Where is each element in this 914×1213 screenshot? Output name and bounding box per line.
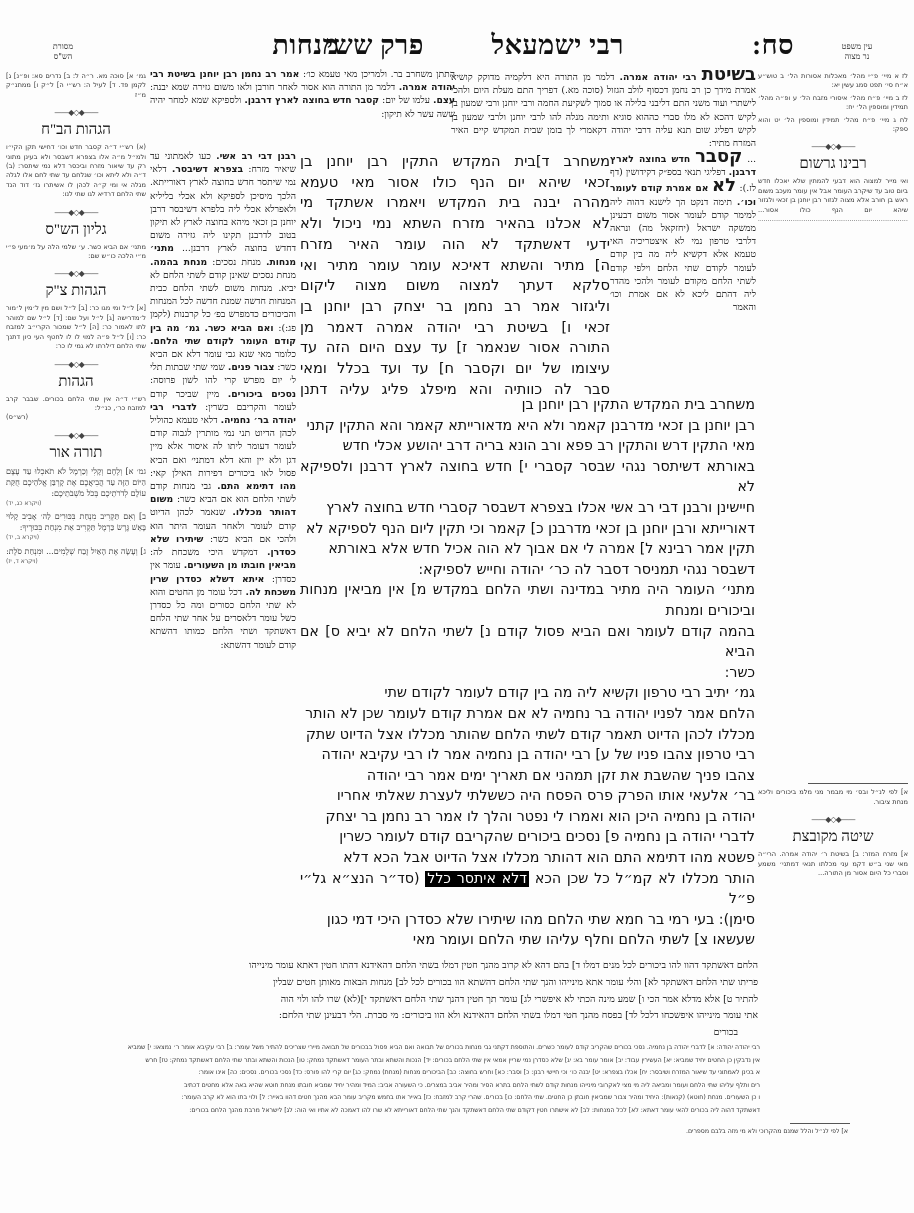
footnote-rule	[808, 783, 908, 784]
gemara-text: הותר מכללו לא קמ״ל כל שכן הכא	[535, 871, 755, 887]
tosafot-lo-word: לא	[712, 175, 736, 196]
rashi-column: התתן משחרב בר. ולמריכן מאי טעמא כו׳: אמר…	[150, 68, 455, 150]
rashi-dibur: קסבר חדש בחוצה לארץ דרבנן.	[244, 95, 379, 106]
gemara-line: סימן): בעי רמי בר חמא שתי הלחם מהו שיתיר…	[300, 910, 755, 931]
gemara-line-with-highlight: הותר מכללו לא קמ״ל כל שכן הכא דלא איתסר …	[300, 869, 755, 910]
footnote-line: ו כן השעורים. מנחת (חוטא) (קנאות): היחיד…	[100, 1092, 760, 1105]
rabbeinu-gershom-title: רבינו גרשום	[758, 154, 908, 174]
gemara-line: משחרב ד]בית המקדש התקין רבן יוחנן בן	[300, 152, 610, 173]
torah-ohr-source: (ויקרא כג, יד)	[6, 499, 146, 508]
commentary-line: פריתו שתי הלחם דאשתקד לא] והלי עומר אתא …	[150, 975, 758, 992]
gilyon-text: מתני׳ אם הביא כשר. ע׳ שלמי הלה על מ׳מעי …	[6, 243, 146, 262]
footnote-line: רים ותלף עליהו שתי הלחם ועומר ומביאה ליה…	[100, 1080, 760, 1093]
rashi-dibur: מתני׳	[150, 243, 174, 254]
gemara-line: זכאי ו] בשיטת רבי יהודה אמרה דאמר מן	[300, 318, 610, 339]
highlighted-phrase[interactable]: דלא איתסר כלל	[425, 871, 529, 887]
bottom-commentary: הלחם דאשתקד דהוו להו ביכורים לכל מנים דמ…	[150, 958, 758, 1036]
rashi-column-continued: רבנן דבי רב אשי. כעו לאמתוני עד שיאיר מז…	[150, 150, 296, 958]
ein-mishpat-entry: לח ג מיי׳ פ״ח מהל׳ תמידין ומוספין הל׳ יט…	[758, 116, 908, 135]
tosafot-text-cont: ...	[747, 154, 756, 165]
gemara-line: ידעי דאשתקד לא הוה עומר האיר מזרח	[300, 235, 610, 256]
tosafot-kasavar-word: קסבר	[695, 150, 742, 167]
hagahot-title: הגהות	[6, 372, 146, 392]
gershom-footnote: א] לפי לנ״ל ובס׳ מי מבמר מני מלמ ביכורים…	[758, 788, 908, 807]
ein-mishpat-entry: לז א מיי׳ פ״י מהל׳ מאכלות אסורות הל׳ ב ט…	[758, 72, 908, 91]
gemara-line: גמ׳ יתיב רבי טרפון וקשיא ליה מה בין קודם…	[300, 683, 755, 704]
mishnah-line: בהמה קודם לעומר ואם הביא פסול קודם נ] לש…	[300, 622, 755, 663]
ein-mishpat-column: לז א מיי׳ פ״י מהל׳ מאכלות אסורות הל׳ ב ט…	[758, 72, 908, 1082]
ornament-divider: ——◆◇◆——	[6, 269, 146, 279]
rashi-text: דלאי נמי שיתסר חדש בחוצה לארץ דאורייתא. …	[150, 164, 296, 254]
ornament-divider: ——◆◇◆——	[6, 360, 146, 370]
rashi-dibur: רבנן דבי רב אשי.	[216, 151, 296, 162]
gemara-line: רבן יוחנן בן זכאי מדרבנן קאמר ולא היא מד…	[300, 416, 755, 437]
rashi-dibur: עצם.	[433, 95, 455, 106]
rashi-dibur: מנחות.	[266, 257, 296, 268]
ornament-divider: ——◆◇◆——	[758, 815, 908, 825]
commentary-line: הלחם דאשתקד דהוו להו ביכורים לכל מנים דמ…	[150, 958, 758, 975]
ornament-divider: ——◆◇◆——	[6, 208, 146, 218]
tosafot-lo-text: תימה דנקט הך לישנא דהוה ליה למימר קודם ל…	[610, 197, 756, 314]
commentary-line: אתי עומר מינייהו איפשכחו דלכל לד] בפסח מ…	[150, 1008, 758, 1025]
tractate-name: מנחות	[272, 30, 339, 61]
torah-ohr-verse: ג] וְעָשָׂה אֶת הָאַיִל זֶבַח שְׁלָמִים.…	[6, 546, 146, 557]
masoret-header: מסורת הש"ס	[38, 42, 88, 62]
hashas-label: הש"ס	[38, 52, 88, 62]
gemara-line: צהבו פניך שהשבת את זקן תמהני אם תאריך ימ…	[300, 766, 755, 787]
footnote-line: רבי יהודה יהודה: א] לדברי יהודה בן נחמיה…	[100, 1042, 760, 1055]
perek-label: פרק ששי	[326, 30, 424, 61]
gemara-line: רבי טרפון צהבו פניו של ע] רבי יהודה בן נ…	[300, 745, 755, 766]
tosafot-text: דלמר מן התורה היא דלקמיה מדוקק קושיא אמר…	[451, 72, 756, 149]
gemara-line: משחרב בית המקדש התקין רבן יוחנן בן	[300, 395, 755, 416]
torah-ohr-verse: ב] וְאִם תַּקְרִיב מִנְחַת בִּכּוּרִים ל…	[6, 511, 146, 533]
mishnah-line: כשר:	[300, 663, 755, 684]
gemara-line: מכללו לכהן הדיוט תאמר קודם לשתי הלחם שהו…	[300, 725, 755, 746]
tosafot-column: בשיטת רבי יהודה אמרה. דלמר מן התורה היא …	[451, 68, 756, 150]
rashi-text: שמי שתי שבתות תלי ל׳ יום מפרש קרי להו לש…	[150, 362, 296, 386]
daf-number: סח:	[752, 30, 794, 61]
rabbeinu-gershom-text: ואי מייר למצוה הוא דבעי להמתין שלא יאכלו…	[758, 177, 908, 777]
bach-title: הגהות הב"ח	[6, 120, 146, 140]
gemara-line: בר׳ אלעאי אותו הפרק פרס הפסח היה כששלתי …	[300, 786, 755, 807]
gemara-line: מאי התקין דרש והתקין רב פפא ורב הונא ברי…	[300, 436, 755, 457]
ornament-divider: ——◆◇◆——	[758, 142, 908, 152]
rashi-text: מנחת נסכים:	[212, 257, 261, 268]
gemara-line: באורתא דשיתסר נגהי שבסר קסברי י] חדש בחו…	[300, 457, 755, 498]
footnote-separator	[790, 1123, 850, 1124]
gemara-line: פשטא מהו דתימא התם הוא דהותר מכללו אצל ה…	[300, 848, 755, 869]
commentary-line: בכורים	[150, 1025, 758, 1036]
rashi-text: התתן משחרב בר. ולמריכן מאי טעמא כו׳:	[303, 69, 455, 80]
gemara-main-text: משחרב ד]בית המקדש התקין רבן יוחנן בן זכא…	[300, 152, 610, 402]
gemara-line: ה] מתיר והשתא דאיכא עומר עומר מתיר ואי	[300, 256, 610, 277]
ein-mishpat-header: עין משפט נר מצוה	[822, 42, 892, 62]
rashi-dibur: נסכים ביכורים.	[228, 389, 296, 400]
ornament-divider: ——◆◇◆——	[6, 431, 146, 441]
shita-mekubetzet-title: שיטה מקובצת	[758, 827, 908, 847]
hagahot-text: רש״י ד״ה אין שתי הלחם בכורים. שבבר קרב ל…	[6, 395, 146, 414]
rashi-dibur: מביאין חובתו מן השעורים.	[184, 560, 296, 571]
ein-mishpat-entry: לז ב מיי׳ פ״ח מהל׳ איסורי מזבח הל׳ ע ופ״…	[758, 94, 908, 113]
rashi-dibur: ואם הביא כשר.	[204, 323, 273, 334]
masoret-entries: גמ׳ א] סוכה מא. ר״ה ל: ב] נדרים סא: ופ״נ…	[6, 72, 146, 100]
rabbeinu-gershom-filler: ........................................…	[758, 215, 908, 223]
tzk-title: הגהות צ"ק	[6, 281, 146, 301]
torah-ohr-source: (ויקרא ב, יד)	[6, 533, 146, 542]
gemara-line: שעשאו צ] לשתי הלחם וחלף עליהו שתי הלחם ו…	[300, 930, 755, 950]
gemara-line: לדברי יהודה בן נחמיה פ] נסכים ביכורים שה…	[300, 827, 755, 848]
shita-mekubetzet-text: א] מזרח המזר: ב] בשיטת ר׳ יהודה אמרה. הר…	[758, 850, 908, 878]
gemara-line: וליגזור אמר רב נחמן בר יצחק רבן יוחנן בן	[300, 297, 610, 318]
tzk-text: [א] ל״ל ומי מגו כר: [ב] ל״ל ושם מין ל׳מי…	[6, 304, 146, 351]
gilyon-title: גליון הש"ס	[6, 220, 146, 240]
gemara-line: מהרה יבנה בית המקדש ויאמרו אשתקד מי	[300, 193, 610, 214]
tosafot-dibur: רבי יהודה אמרה.	[620, 72, 697, 83]
gemara-line: דאורייתא ורבן יוחנן בן זכאי מדרבנן כ] קא…	[300, 519, 755, 540]
gemara-line: התורה אסור שנאמר ז] עד עצם היום הזה עד	[300, 338, 610, 359]
gemara-line: עיצומו של יום וקסבר ח] עד ועד בכלל ומאי	[300, 359, 610, 380]
gemara-line: לא אכלנו בהאיר מזרח השתא נמי ניכול ולא	[300, 214, 610, 235]
rashi-dibur: צבור פנים.	[228, 362, 274, 373]
hagahot-source: (רש״ס)	[6, 413, 146, 422]
gemara-line: סלקא דעתך למצוה משום מצוה ליקום	[300, 276, 610, 297]
gemara-line: חיישינן ורבנן דבי רב אשי אכלו בצפרא דשבס…	[300, 498, 755, 519]
tosafot-column-continued: ... קסבר חדש בחוצה לארץ דרבנן. דפליגי תנ…	[610, 150, 756, 400]
rashi-dibur: מהו דתימא התם.	[217, 481, 296, 492]
bottom-note: א] לפי לנ״ל והלל שמנם מהקרוכי ולא מי מזה…	[428, 1126, 848, 1140]
gemara-line: יהודה בן נחמיה היכן הוא ואמרו לי נפטר וה…	[300, 807, 755, 828]
footnote-line: דאשתקד דהוה ליה בכורים להאי עומר דאתא: ל…	[100, 1105, 760, 1118]
bach-text: (א) רש״י ד״ה קסבר חדש וכו׳ דחישי תקן הקי…	[6, 143, 146, 199]
gemara-line: דשבסר נגהי תמניסר דסבר לה כר׳ יהודה וחיי…	[300, 560, 755, 581]
torah-ohr-source: (ויקרא ד, יז)	[6, 557, 146, 566]
torah-ohr-verse: גמ׳ א] וְלֶחֶם וְקָלִי וְכַרְמֶל לֹא תֹא…	[6, 466, 146, 499]
torah-ohr-title: תורה אור	[6, 443, 146, 463]
commentary-line: להתיר ט] אלא מדלא אמר הכי ו] שמע מינה הכ…	[150, 992, 758, 1009]
rashi-text: דלמר מן התורה הוא אסור לאחר חורבן ולאו מ…	[150, 82, 395, 93]
talmud-page: עין משפט נר מצוה סח: רבי ישמעאל פרק ששי …	[0, 0, 914, 1213]
masoret-label: מסורת	[38, 42, 88, 52]
rashi-dibur: מנחת בהמה.	[150, 257, 207, 268]
tosafot-opening-word: בשיטת	[702, 68, 756, 85]
rashi-dibur: בצפרא דשיבסר.	[172, 164, 243, 175]
gemara-line: הלחם אמר לפניו יהודה בר נחמיה לא אם אמרת…	[300, 704, 755, 725]
masoret-column: גמ׳ א] סוכה מא. ר״ה ל: ב] נדרים סא: ופ״נ…	[6, 72, 146, 852]
ner-mitzvah-label: נר מצוה	[822, 52, 892, 62]
mishnah-line: מתני׳ העומר היה מתיר במדינה ושתי הלחם במ…	[300, 580, 755, 621]
footnote-line: א בכינן לאמתוני עד שיאור המזרח ושיבסר: י…	[100, 1067, 760, 1080]
footnote-line: אין נדבקין כן החטים יחיד שמביא: יא] העשי…	[100, 1055, 760, 1068]
rashi-text: עלמו של יום:	[382, 95, 430, 106]
rashi-text: דמקדש היכי משכחת לה:	[150, 547, 258, 558]
gemara-line: תקין אמר רבינא ל] אמרה לי אם אבוך לא הוה…	[300, 539, 755, 560]
gemara-main-text-wide: משחרב בית המקדש התקין רבן יוחנן בן רבן י…	[300, 395, 755, 950]
gemara-line: זכאי שיהא יום הנף כולו אסור מאי טעמא	[300, 173, 610, 194]
ornament-divider: ——◆◇◆——	[6, 108, 146, 118]
chapter-name: רבי ישמעאל	[491, 30, 624, 61]
ein-mishpat-label: עין משפט	[822, 42, 892, 52]
footnotes: רבי יהודה יהודה: א] לדברי יהודה בן נחמיה…	[100, 1042, 760, 1124]
